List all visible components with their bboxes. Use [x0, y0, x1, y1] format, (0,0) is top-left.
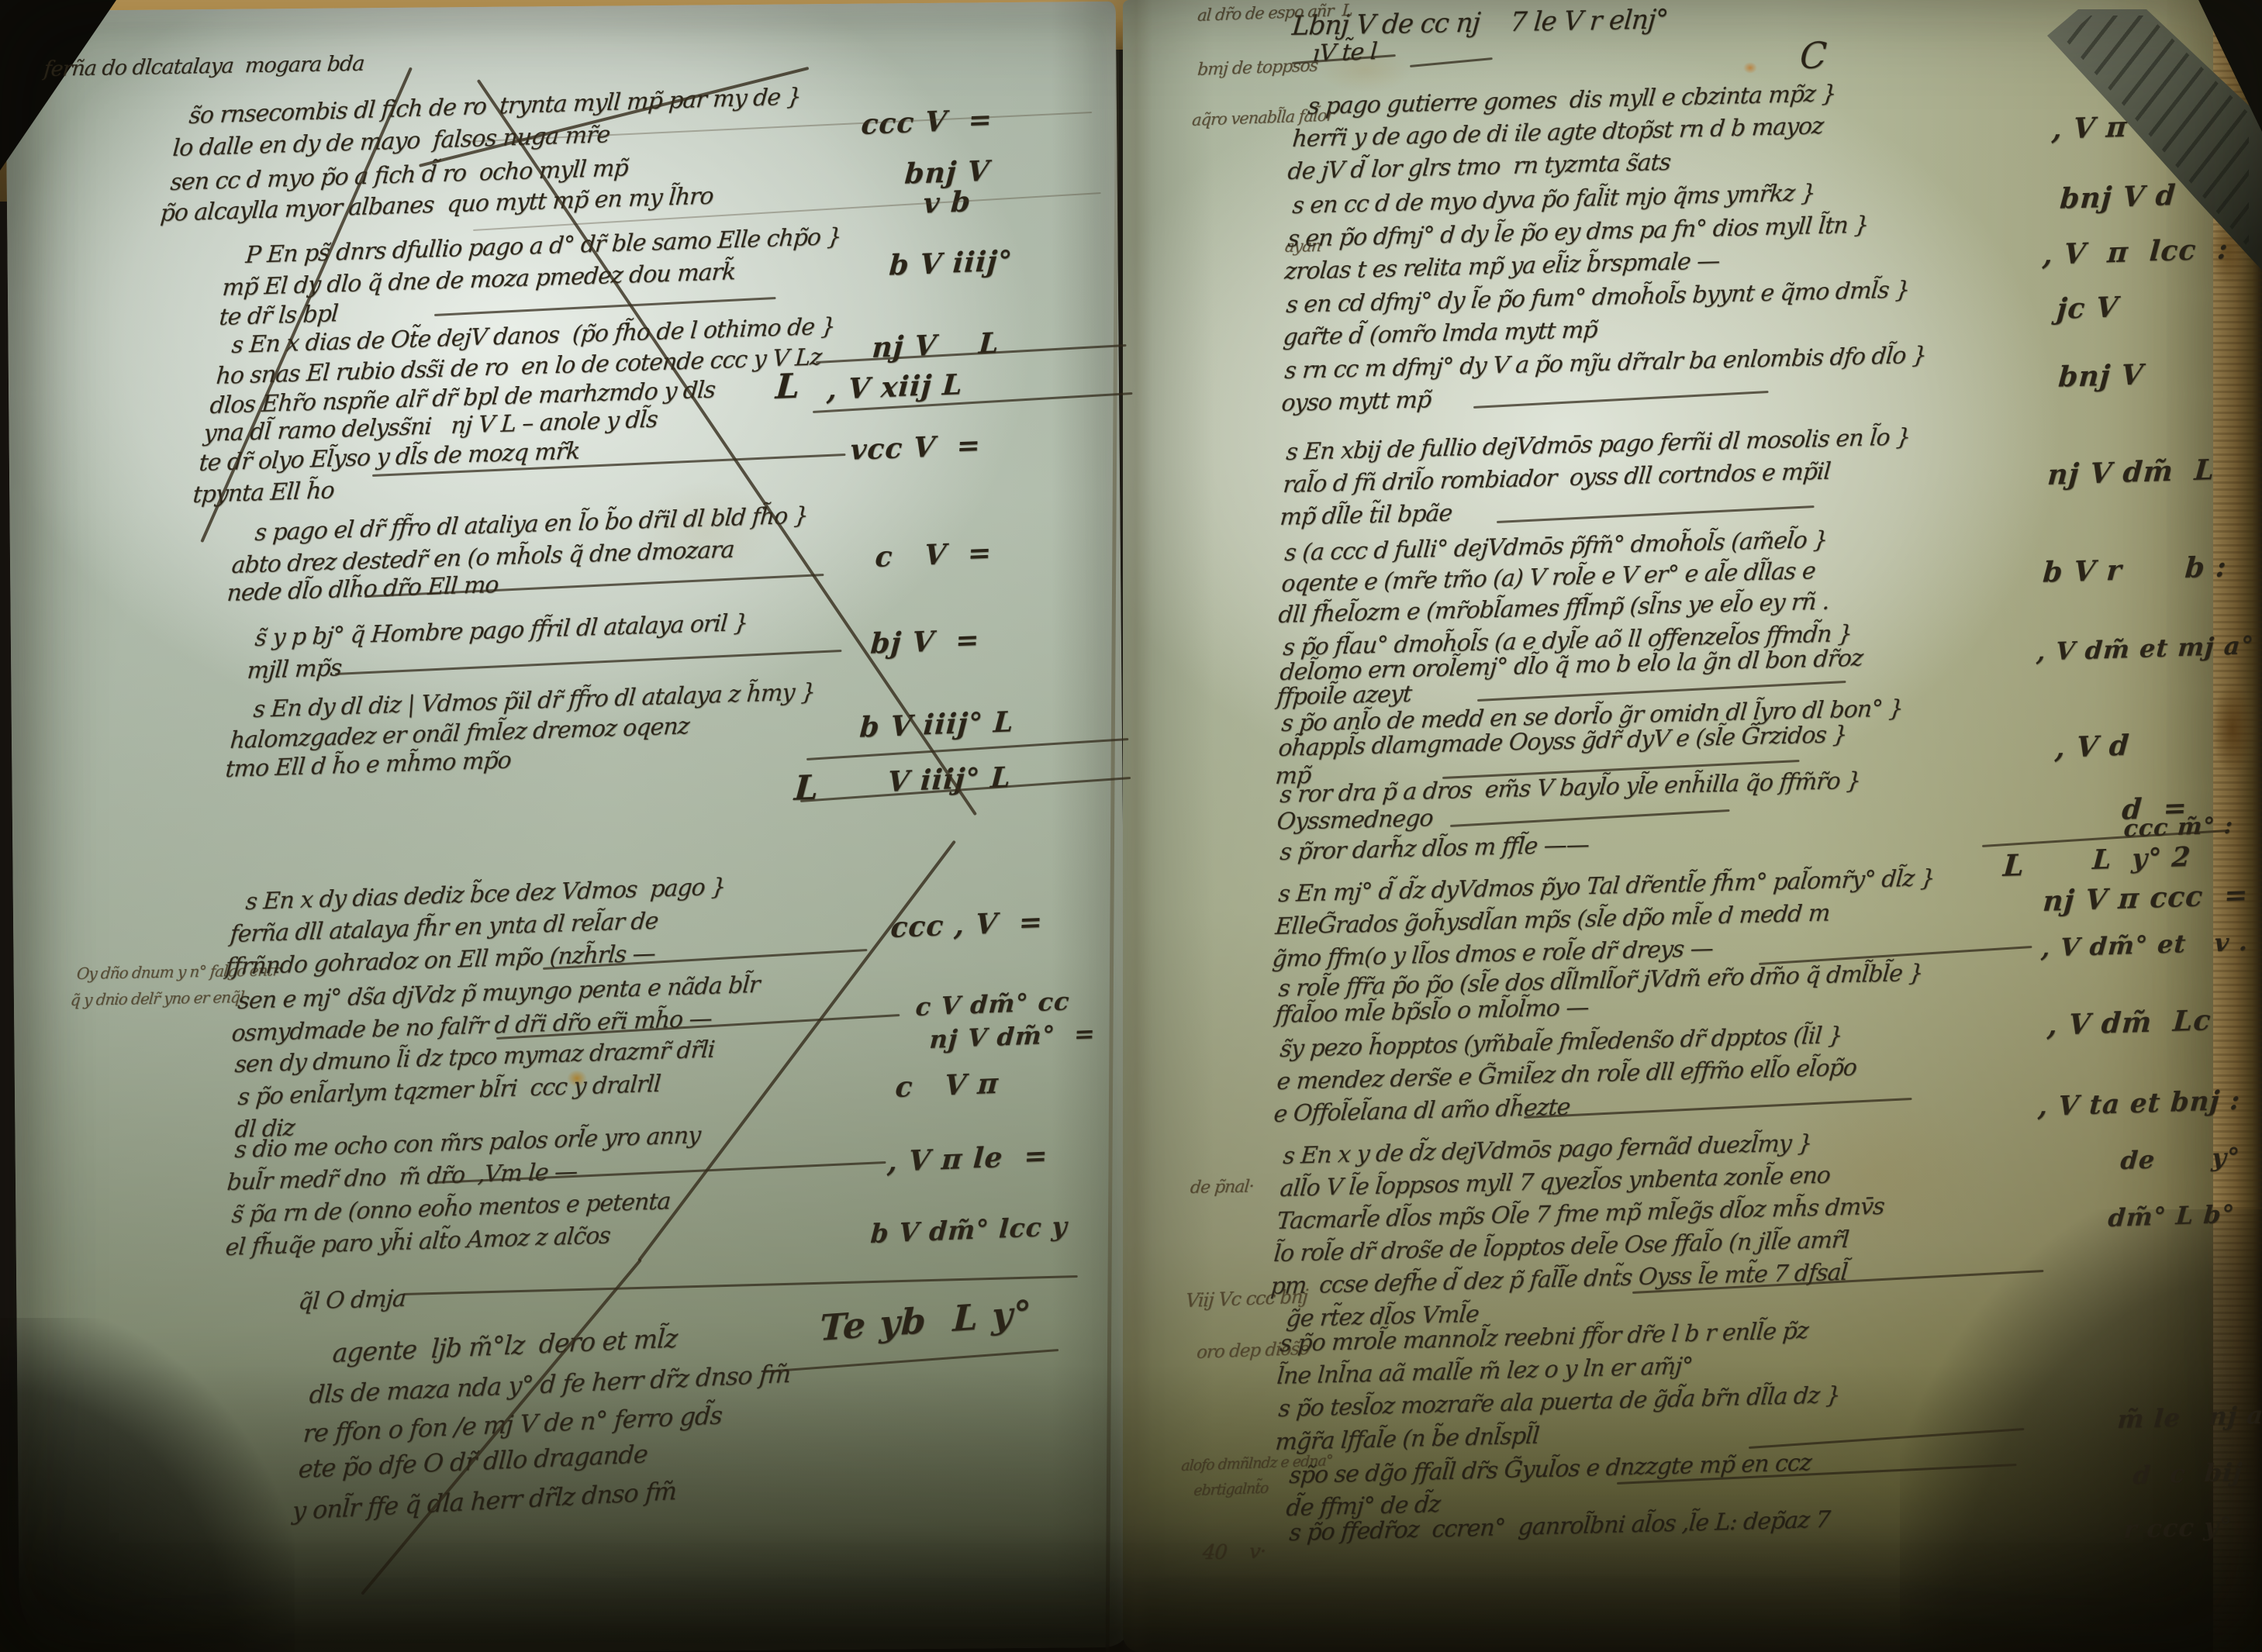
- entry-amount: , V dm̃ et mj a°: [2036, 630, 2255, 667]
- entry-amount: , V π le =: [886, 1140, 1049, 1178]
- entry-amount: vcc V =: [849, 429, 982, 467]
- ruled-line: [1473, 391, 1768, 409]
- entry-amount: L y° 2: [2091, 842, 2192, 876]
- ruled-line: [403, 1275, 1078, 1295]
- entry-line: Oyssmednego: [1276, 805, 1434, 836]
- entry-line: mp̃ dl̃le t̃il bpãe: [1279, 500, 1452, 531]
- entry-line: s dio me ocho con m̃rs palos orl̃e yro a…: [233, 1122, 701, 1164]
- page-subheading: ıV t̃e l: [1312, 38, 1378, 67]
- entry-amount: c V =: [874, 536, 993, 574]
- wood-table-left: [0, 0, 54, 202]
- entry-amount: , V ta et bnj :: [2037, 1085, 2242, 1123]
- entry-amount: nj V dm̃° =: [928, 1019, 1096, 1054]
- entry-amount: d c bij: [2132, 1457, 2243, 1491]
- gutter-crease: [1106, 39, 1120, 1652]
- entry-line: s En mj° d̃ d̃z dyVdmos p̃yo Tal dr̃entl…: [1277, 864, 1936, 908]
- entry-amount: L: [2002, 847, 2026, 883]
- entry-line: zrolas t es relita mp̃ ya el̃iz b̃rspmal…: [1283, 247, 1721, 285]
- entry-amount: , V d: [2054, 729, 2131, 764]
- entry-line: ffpoil̃e azeyt: [1276, 681, 1412, 711]
- ruled-line: [434, 297, 775, 316]
- entry-amount: nj V dm̃ L: [2046, 454, 2216, 491]
- entry-amount: jc V: [2056, 291, 2119, 326]
- entry-amount: dm̃° L b°: [2107, 1199, 2236, 1233]
- entry-line: mg̃r̃a lffal̃e (n b̃e dnl̃spl̃l: [1274, 1423, 1540, 1456]
- entry-line: s p̃o enl̃arlym tqzmer bl̃ri ccc y dralr…: [237, 1071, 661, 1111]
- ruled-line: [1450, 809, 1729, 827]
- entry-amount: bj V =: [869, 624, 981, 661]
- manuscript-photo: ferña do dlcatalaya mogara bdaOy dño dnu…: [0, 0, 2262, 1652]
- flourish-mark: C: [1799, 34, 1827, 78]
- entry-amount: L: [775, 367, 802, 407]
- photo-corner-shadow-bl: [0, 1318, 295, 1652]
- entry-amount: b V iiij° L: [858, 705, 1015, 744]
- entry-amount: r ccc y°: [2122, 1512, 2233, 1545]
- margin-note: ebrtigalnt̃o: [1193, 1480, 1269, 1499]
- ruled-line: [1497, 505, 1815, 523]
- margin-note: bmj de toppsos: [1197, 57, 1318, 80]
- entry-amount: b V r b :: [2042, 551, 2228, 590]
- entry-line: s en cc d de myo dyva p̃o fal̃it mjo q̃m…: [1291, 180, 1816, 220]
- entry-line: l̃ne lnl̃na aã mall̃e m̃ lez o y ln er a…: [1276, 1353, 1694, 1390]
- entry-amount: m̃ le nj a: [2116, 1400, 2262, 1434]
- ruled-line: [335, 650, 841, 675]
- entry-line: el fh̃uq̃e paro yh̃i alt̃o Amoz z alc̃os: [224, 1222, 611, 1261]
- entry-line: q̃l O dmja: [297, 1285, 406, 1316]
- entry-amount: c V π: [894, 1067, 1000, 1104]
- entry-line: s̃ y p bj° q̃ Hombre pago ff̃ril dl atal…: [254, 609, 748, 652]
- page-heading: ferña do dlcatalaya mogara bda: [43, 52, 365, 81]
- ruled-line: [806, 738, 1128, 760]
- entry-amount: b V dm̃° lcc y: [869, 1211, 1068, 1249]
- photo-corner-shadow-tl: [0, 0, 116, 171]
- entry-amount: , V π lcc :: [2042, 233, 2229, 271]
- paper-stain: [1743, 62, 1757, 74]
- closing-line: y onl̃r ffe q̃ dla herr dr̃lz dnso fm̃: [292, 1476, 677, 1526]
- entry-amount: nj V π ccc =: [2042, 879, 2250, 918]
- entry-amount: bnj V d: [2059, 179, 2177, 216]
- entry-line: s ror dra p̃ a dros em̃s V bayl̃o yl̃e e…: [1279, 767, 1862, 809]
- entry-line: ral̃o d fñ dril̃o rombiador oyss dll cor…: [1282, 458, 1831, 498]
- entry-amount: de y°: [2119, 1142, 2241, 1175]
- entry-line: s en p̃o dfmj° d dy l̃e p̃o ey dms pa fn…: [1286, 212, 1870, 253]
- entry-line: sp̃o se dg̃o ffal̃l dr̃s G̃yul̃os e dnzz…: [1288, 1450, 1812, 1490]
- entry-line: tpynta Ell h̃o: [192, 477, 335, 509]
- photo-corner-shadow-tr: [2171, 0, 2262, 132]
- entry-line: s p̃ror darh̃z dl̃os m ffl̃e ——: [1279, 831, 1590, 866]
- entry-line: s En dy dl diz | Vdmos p̃il dr̃ ff̃ro dl…: [252, 678, 816, 723]
- entry-line: e Offol̃el̃ana dl am̃o dh̃ezte: [1273, 1094, 1571, 1128]
- entry-line: de jV d̃ lor glrs tmo rn tyzmta s̃ats: [1286, 149, 1671, 185]
- margin-note: q̃ y dnio delr̃ yno er enq̃l: [70, 988, 245, 1009]
- ruled-line: [1749, 1428, 2024, 1449]
- closing-line: agente ljb m̃°lz dero et ml̃z: [332, 1323, 679, 1369]
- entry-amount: bnj V: [2057, 359, 2145, 395]
- ruled-line: [764, 1349, 1058, 1373]
- entry-line: mjll mp̃s: [246, 654, 342, 685]
- entry-line: te dr̃ ls bpl: [218, 300, 338, 331]
- entry-amount: , V xiij L: [826, 368, 964, 406]
- entry-amount: b V iiij°: [888, 245, 1014, 282]
- margin-note: 40 v·: [1201, 1540, 1266, 1564]
- closing-line: re ffon o fon /e mj V de n° ferro gd̃s: [302, 1400, 723, 1448]
- entry-amount: ccc m̃° :: [2122, 812, 2234, 843]
- entry-amount: L: [793, 768, 820, 809]
- ruled-line: [1410, 57, 1493, 67]
- entry-line: P En ps̃ dnrs dfullio pago a d° dr̃ ble …: [244, 223, 842, 269]
- entry-amount: ccc , V =: [889, 905, 1044, 944]
- entry-amount: c V dm̃° cc: [914, 986, 1070, 1022]
- entry-amount: , V dm̃ Lc: [2046, 1004, 2212, 1042]
- entry-line: gar̃te d̃ (omr̃o lmda mytt mp̃: [1282, 316, 1598, 351]
- fore-edge-stain: [2212, 682, 2253, 775]
- ruled-line: [1524, 1098, 1911, 1119]
- entry-amount: bnj V: [903, 155, 991, 191]
- grand-total: Te yb L y°: [819, 1292, 1032, 1349]
- entry-amount: , V π: [2051, 111, 2129, 146]
- wood-table: [0, 0, 2262, 50]
- entry-line: oyso mytt mp̃: [1280, 386, 1431, 417]
- margin-note: de p̃nal·: [1190, 1178, 1255, 1198]
- entry-amount: , V dm̃° et v .: [2040, 927, 2250, 963]
- gutter-shadow: [1052, 0, 1214, 1652]
